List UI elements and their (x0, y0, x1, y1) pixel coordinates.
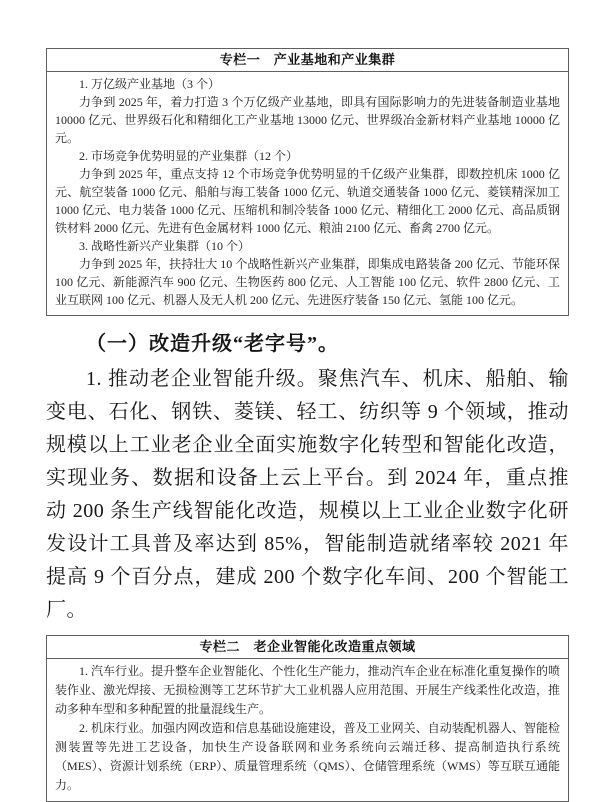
column-box-industrial-bases: 专栏一 产业基地和产业集群 1. 万亿级产业基地（3 个） 力争到 2025 年… (46, 48, 569, 316)
column-one-item1-heading: 1. 万亿级产业基地（3 个） (55, 75, 560, 93)
body-paragraph-smart-upgrade: 1. 推动老企业智能升级。聚焦汽车、机床、船舶、输变电、石化、钢铁、菱镁、轻工、… (46, 363, 569, 627)
column-one-item2-heading: 2. 市场竞争优势明显的产业集群（12 个） (55, 147, 560, 165)
column-one-item3-heading: 3. 战略性新兴产业集群（10 个） (55, 237, 560, 255)
column-one-content: 1. 万亿级产业基地（3 个） 力争到 2025 年，着力打造 3 个万亿级产业… (47, 72, 568, 315)
column-one-item3-body: 力争到 2025 年，扶持壮大 10 个战略性新兴产业集群，即集成电路装备 20… (55, 255, 560, 309)
column-one-title: 专栏一 产业基地和产业集群 (47, 49, 568, 72)
section-heading-upgrade-old-brands: （一）改造升级“老字号”。 (46, 329, 569, 359)
column-two-item2-body: 2. 机床行业。加强内网改造和信息基础设施建设，普及工业网关、自动装配机器人、智… (55, 719, 560, 795)
column-one-item1-body: 力争到 2025 年，着力打造 3 个万亿级产业基地，即具有国际影响力的先进装备… (55, 93, 560, 147)
column-box-smart-transformation: 专栏二 老企业智能化改造重点领域 1. 汽车行业。提升整车企业智能化、个性化生产… (46, 635, 569, 802)
column-two-title: 专栏二 老企业智能化改造重点领域 (47, 636, 568, 659)
document-page: 专栏一 产业基地和产业集群 1. 万亿级产业基地（3 个） 力争到 2025 年… (0, 0, 615, 802)
column-two-content: 1. 汽车行业。提升整车企业智能化、个性化生产能力，推动汽车企业在标准化重复操作… (47, 659, 568, 801)
column-two-item1-body: 1. 汽车行业。提升整车企业智能化、个性化生产能力，推动汽车企业在标准化重复操作… (55, 662, 560, 719)
column-one-item2-body: 力争到 2025 年，重点支持 12 个市场竞争优势明显的千亿级产业集群，即数控… (55, 165, 560, 237)
